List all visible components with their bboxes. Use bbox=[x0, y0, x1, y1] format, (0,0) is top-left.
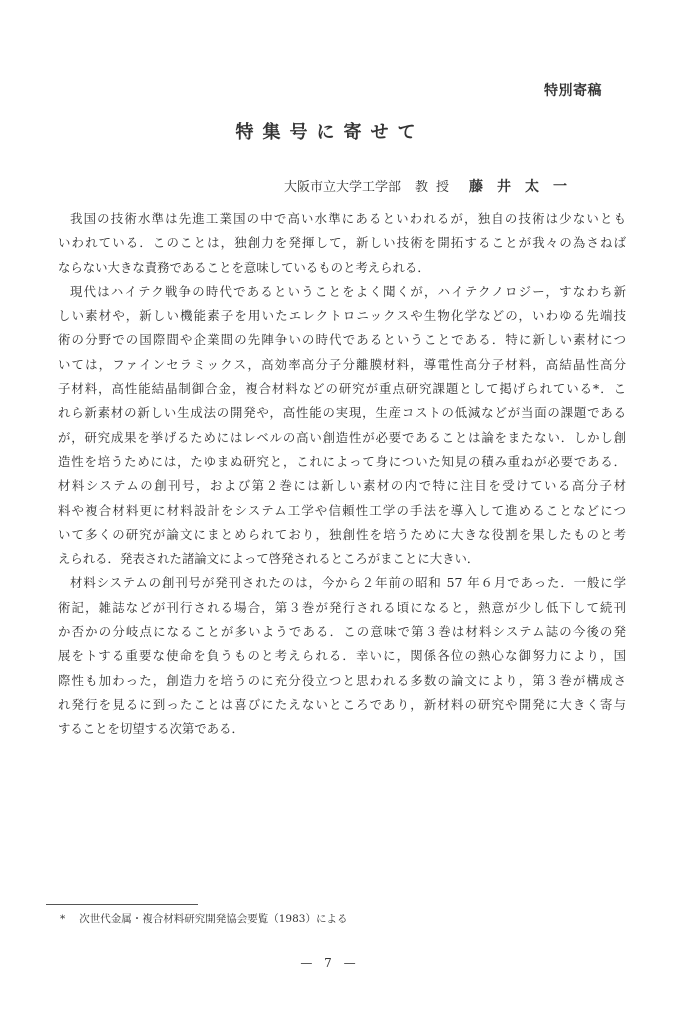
text-line: えられる．発表された諸論文によって啓発されるところがまことに大きい． bbox=[58, 547, 626, 571]
text-line: 材料システムの創刊号が発刊されたのは，今から２年前の昭和 57 年６月であった．… bbox=[58, 571, 626, 595]
text-line: することを切望する次第である． bbox=[58, 717, 626, 741]
text-line: 現代はハイテク戦争の時代であるということをよく聞くが，ハイテクノロジー，すなわち… bbox=[58, 280, 626, 304]
text-line: 料や複合材料更に材料設計をシステム工学や信頼性工学の手法を導入して進めることなど… bbox=[58, 499, 626, 523]
text-line: か否かの分岐点になることが多いようである．この意味で第３巻は材料システム誌の今後… bbox=[58, 620, 626, 644]
document-page: 特別寄稿 特集号に寄せて 大阪市立大学工学部教授藤井太一 我国の技術水準は先進工… bbox=[0, 0, 686, 1012]
text-line: いわれている．このことは，独創力を発揮して，新しい技術を開拓することが我々の為さ… bbox=[58, 231, 626, 255]
text-line: 術の分野での国際間や企業間の先陣争いの時代であるということである．特に新しい素材… bbox=[58, 328, 626, 352]
paragraph-1: 我国の技術水準は先進工業国の中で高い水準にあるといわれるが，独自の技術は少ないと… bbox=[58, 207, 626, 280]
author-rank: 教授 bbox=[415, 180, 457, 195]
text-line: 術記，雑誌などが刊行される場合，第３巻が発行される頃になると，熱意が少し低下して… bbox=[58, 596, 626, 620]
text-line: が，研究成果を挙げるためにはレベルの高い創造性が必要であることは論をまたない．し… bbox=[58, 426, 626, 450]
text-line: 材料システムの創刊号，および第２巻には新しい素材の内で特に注目を受けている高分子… bbox=[58, 474, 626, 498]
text-line: れ発行を見るに到ったことは喜びにたえないところであり，新材料の研究や開発に大きく… bbox=[58, 693, 626, 717]
article-title: 特集号に寄せて bbox=[0, 118, 660, 144]
author-affiliation: 大阪市立大学工学部 bbox=[284, 180, 401, 195]
text-line: 際性も加わった，創造力を培うのに充分役立つと思われる多数の論文により，第３巻が構… bbox=[58, 669, 626, 693]
text-line: 我国の技術水準は先進工業国の中で高い水準にあるといわれるが，独自の技術は少ないと… bbox=[58, 207, 626, 231]
text-line: れら新素材の新しい生成法の開発や，高性能の実現，生産コストの低減などが当面の課題… bbox=[58, 401, 626, 425]
footnote-text: 次世代金属・複合材料研究開発協会要覧（1983）による bbox=[79, 913, 347, 925]
text-line: ならない大きな責務であることを意味しているものと考えられる． bbox=[58, 256, 626, 280]
text-line: しい素材や，新しい機能素子を用いたエレクトロニックスや生物化学などの，いわゆる先… bbox=[58, 304, 626, 328]
page-number: — 7 — bbox=[0, 956, 660, 970]
paragraph-2: 現代はハイテク戦争の時代であるということをよく聞くが，ハイテクノロジー，すなわち… bbox=[58, 280, 626, 572]
text-line: 展をトする重要な使命を負うものと考えられる．幸いに，関係各位の熱心な御努力により… bbox=[58, 644, 626, 668]
text-line: 造性を培うためには，たゆまぬ研究と，これによって身についた知見の積み重ねが必要で… bbox=[58, 450, 626, 474]
text-line: 子材料，高性能結晶制御合金，複合材料などの研究が重点研究課題として掲げられている… bbox=[58, 377, 626, 401]
paragraph-3: 材料システムの創刊号が発刊されたのは，今から２年前の昭和 57 年６月であった．… bbox=[58, 571, 626, 741]
footnote-mark: * bbox=[60, 913, 65, 925]
footnote-divider bbox=[46, 904, 198, 905]
text-line: いて多くの研究が論文にまとめられており，独創性を培うために大きな役割を果したもの… bbox=[58, 523, 626, 547]
author-name: 藤井太一 bbox=[469, 179, 581, 195]
section-label: 特別寄稿 bbox=[544, 80, 602, 100]
text-line: いては，ファインセラミックス，高効率高分子分離膜材料，導電性高分子材料，高結晶性… bbox=[58, 353, 626, 377]
author-byline: 大阪市立大学工学部教授藤井太一 bbox=[284, 176, 581, 196]
footnote: *次世代金属・複合材料研究開発協会要覧（1983）による bbox=[60, 911, 347, 926]
article-body: 我国の技術水準は先進工業国の中で高い水準にあるといわれるが，独自の技術は少ないと… bbox=[58, 207, 626, 742]
